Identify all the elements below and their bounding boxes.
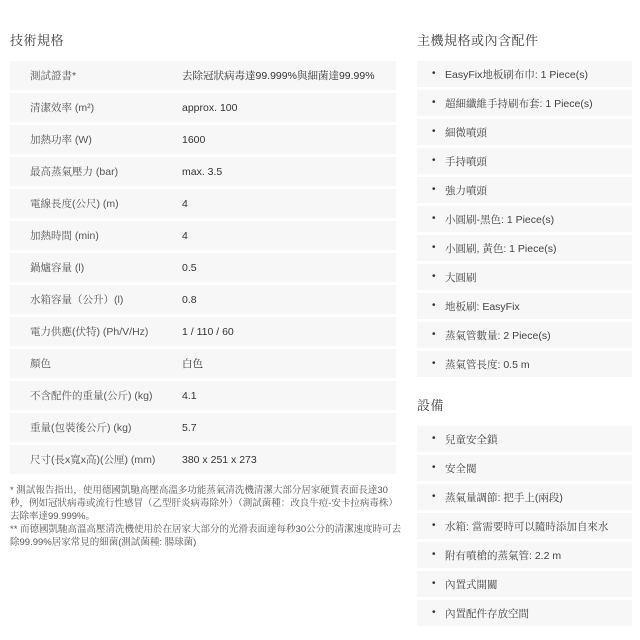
spec-value: 4.1 (182, 390, 396, 402)
spec-value: 380 x 251 x 273 (182, 454, 396, 466)
list-item-label: 安全閥 (445, 461, 632, 476)
bullet-icon: • (432, 69, 445, 79)
spec-value: 白色 (182, 356, 396, 371)
accessories-section: 主機規格或內含配件 • EasyFix地板刷布巾: 1 Piece(s) • 超… (417, 30, 632, 640)
bullet-icon: • (432, 156, 445, 166)
spec-value: 1600 (182, 134, 396, 146)
list-item-label: 小圓刷-黑色: 1 Piece(s) (445, 212, 632, 227)
list-item: • 手持噴頭 (417, 148, 632, 174)
bullet-icon: • (432, 463, 445, 473)
spec-label: 清潔效率 (m²) (10, 100, 182, 115)
tech-specs-title: 技術規格 (10, 30, 396, 49)
bullet-icon: • (432, 434, 445, 444)
table-row: 電力供應(伏特) (Ph/V/Hz) 1 / 110 / 60 (10, 317, 396, 346)
list-item: • 小圓刷, 黃色: 1 Piece(s) (417, 235, 632, 261)
table-row: 電線長度(公尺) (m) 4 (10, 189, 396, 218)
list-item: • 附有噴槍的蒸氣管: 2.2 m (417, 542, 632, 568)
bullet-icon: • (432, 579, 445, 589)
list-item: • 內置配件存放空間 (417, 600, 632, 626)
spec-value: 4 (182, 198, 396, 210)
list-item: • 水箱: 當需要時可以隨時添加自來水 (417, 513, 632, 539)
bullet-icon: • (432, 492, 445, 502)
list-item-label: 手持噴頭 (445, 154, 632, 169)
list-item-label: 蒸氣管長度: 0.5 m (445, 357, 632, 372)
included-accessories-title: 主機規格或內含配件 (417, 30, 632, 49)
list-item: • 蒸氣管長度: 0.5 m (417, 351, 632, 377)
equipment-title: 設備 (417, 395, 632, 414)
list-item: • 細微噴頭 (417, 119, 632, 145)
spec-value: 0.5 (182, 262, 396, 274)
spec-label: 測試證書* (10, 68, 182, 83)
table-row: 加熱功率 (W) 1600 (10, 125, 396, 154)
list-item-label: 兒童安全鎖 (445, 432, 632, 447)
list-item-label: 強力噴頭 (445, 183, 632, 198)
product-spec-page: { "tech_specs": { "title": "技術規格", "rows… (0, 0, 640, 640)
spec-value: 5.7 (182, 422, 396, 434)
bullet-icon: • (432, 359, 445, 369)
list-item-label: 內置配件存放空間 (445, 606, 632, 621)
spec-value: 0.8 (182, 294, 396, 306)
table-row: 鍋爐容量 (l) 0.5 (10, 253, 396, 282)
table-row: 水箱容量（公升）(l) 0.8 (10, 285, 396, 314)
bullet-icon: • (432, 243, 445, 253)
equipment-list: • 兒童安全鎖 • 安全閥 • 蒸氣量調節: 把手上(兩段) • 水箱: 當需要… (417, 426, 632, 626)
list-item: • 小圓刷-黑色: 1 Piece(s) (417, 206, 632, 232)
bullet-icon: • (432, 521, 445, 531)
list-item-label: 超細纖維手持刷布套: 1 Piece(s) (445, 96, 632, 111)
list-item: • 大圓刷 (417, 264, 632, 290)
table-row: 最高蒸氣壓力 (bar) max. 3.5 (10, 157, 396, 186)
table-row: 加熱時間 (min) 4 (10, 221, 396, 250)
list-item: • 地板刷: EasyFix (417, 293, 632, 319)
bullet-icon: • (432, 330, 445, 340)
bullet-icon: • (432, 272, 445, 282)
spec-label: 電力供應(伏特) (Ph/V/Hz) (10, 324, 182, 339)
spec-label: 加熱功率 (W) (10, 132, 182, 147)
list-item-label: 細微噴頭 (445, 125, 632, 140)
list-item: • EasyFix地板刷布巾: 1 Piece(s) (417, 61, 632, 87)
list-item-label: 大圓刷 (445, 270, 632, 285)
list-item: • 蒸氣量調節: 把手上(兩段) (417, 484, 632, 510)
list-item: • 超細纖維手持刷布套: 1 Piece(s) (417, 90, 632, 116)
spec-value: approx. 100 (182, 102, 396, 114)
spec-label: 不含配件的重量(公斤) (kg) (10, 388, 182, 403)
spec-value: 4 (182, 230, 396, 242)
list-item-label: 小圓刷, 黃色: 1 Piece(s) (445, 241, 632, 256)
bullet-icon: • (432, 127, 445, 137)
spec-value: 1 / 110 / 60 (182, 326, 396, 338)
spec-label: 尺寸(長x寬x高)(公厘) (mm) (10, 452, 182, 467)
table-row: 重量(包裝後公斤) (kg) 5.7 (10, 413, 396, 442)
footnotes: * 測試報告指出，使用德國凱馳高壓高溫多功能蒸氣清洗機清潔大部分居家硬質表面長達… (10, 484, 402, 549)
spec-label: 水箱容量（公升）(l) (10, 292, 182, 307)
spec-label: 最高蒸氣壓力 (bar) (10, 164, 182, 179)
footnote-1: * 測試報告指出，使用德國凱馳高壓高溫多功能蒸氣清洗機清潔大部分居家硬質表面長達… (10, 484, 402, 523)
list-item: • 安全閥 (417, 455, 632, 481)
bullet-icon: • (432, 98, 445, 108)
spec-label: 加熱時間 (min) (10, 228, 182, 243)
table-row: 清潔效率 (m²) approx. 100 (10, 93, 396, 122)
bullet-icon: • (432, 214, 445, 224)
spec-label: 顏色 (10, 356, 182, 371)
table-row: 測試證書* 去除冠狀病毒達99.999%與細菌達99.99% (10, 61, 396, 90)
table-row: 顏色 白色 (10, 349, 396, 378)
bullet-icon: • (432, 185, 445, 195)
table-row: 尺寸(長x寬x高)(公厘) (mm) 380 x 251 x 273 (10, 445, 396, 474)
list-item: • 內置式開關 (417, 571, 632, 597)
spec-value: max. 3.5 (182, 166, 396, 178)
spec-value: 去除冠狀病毒達99.999%與細菌達99.99% (182, 68, 396, 83)
list-item-label: 蒸氣管數量: 2 Piece(s) (445, 328, 632, 343)
list-item-label: 地板刷: EasyFix (445, 299, 632, 314)
bullet-icon: • (432, 301, 445, 311)
list-item: • 強力噴頭 (417, 177, 632, 203)
table-row: 不含配件的重量(公斤) (kg) 4.1 (10, 381, 396, 410)
list-item-label: 內置式開關 (445, 577, 632, 592)
list-item-label: 附有噴槍的蒸氣管: 2.2 m (445, 548, 632, 563)
included-accessories-list: • EasyFix地板刷布巾: 1 Piece(s) • 超細纖維手持刷布套: … (417, 61, 632, 377)
list-item: • 兒童安全鎖 (417, 426, 632, 452)
bullet-icon: • (432, 550, 445, 560)
spec-label: 鍋爐容量 (l) (10, 260, 182, 275)
list-item: • 蒸氣管數量: 2 Piece(s) (417, 322, 632, 348)
tech-specs-table: 測試證書* 去除冠狀病毒達99.999%與細菌達99.99% 清潔效率 (m²)… (10, 61, 396, 474)
spec-label: 重量(包裝後公斤) (kg) (10, 420, 182, 435)
footnote-2: ** 而德國凱馳高溫高壓清洗機使用於在居家大部分的光滑表面達每秒30公分的清潔速… (10, 523, 402, 549)
list-item-label: 水箱: 當需要時可以隨時添加自來水 (445, 519, 632, 534)
list-item-label: 蒸氣量調節: 把手上(兩段) (445, 490, 632, 505)
list-item-label: EasyFix地板刷布巾: 1 Piece(s) (445, 67, 632, 82)
spec-label: 電線長度(公尺) (m) (10, 196, 182, 211)
tech-specs-section: 技術規格 測試證書* 去除冠狀病毒達99.999%與細菌達99.99% 清潔效率… (10, 30, 396, 549)
bullet-icon: • (432, 608, 445, 618)
